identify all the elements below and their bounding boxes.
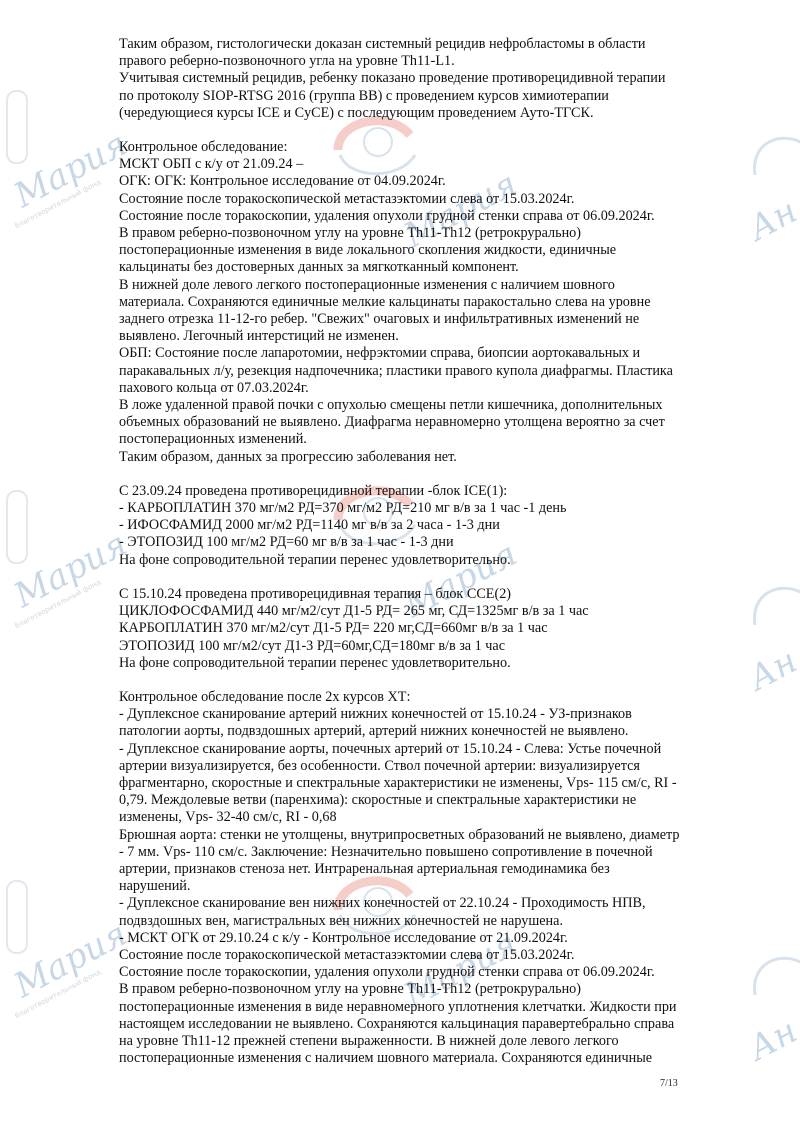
foundation-logo-icon: [745, 950, 800, 1000]
text-line: - ЭТОПОЗИД 100 мг/м2 РД=60 мг в/в за 1 ч…: [119, 534, 697, 551]
control-exam-block: Контрольное обследование:МСКТ ОБП с к/у …: [119, 139, 697, 466]
text-line: На фоне сопроводительной терапии перенес…: [119, 655, 697, 672]
text-line: С 15.10.24 проведена противорецидивная т…: [119, 586, 697, 603]
text-line: фрагментарно, скоростные и спектральные …: [119, 775, 697, 792]
text-line: (чередующиеся курсы ICE и CyCE) с послед…: [119, 105, 697, 122]
text-line: артерии, признаков стеноза нет. Интрарен…: [119, 861, 697, 878]
text-line: В нижней доле левого легкого постопераци…: [119, 277, 697, 294]
text-line: - Дуплексное сканирование вен нижних кон…: [119, 895, 697, 912]
text-line: паракавальных л/у, резекция надпочечника…: [119, 363, 697, 380]
text-line: изменены, Vps- 32-40 см/с, RI - 0,68: [119, 809, 697, 826]
control-exam-after-chemo-block: Контрольное обследование после 2х курсов…: [119, 689, 697, 1067]
text-line: постоперационные изменения с наличием шо…: [119, 1050, 697, 1067]
text-line: постоперационных изменений.: [119, 431, 697, 448]
text-line: ЭТОПОЗИД 100 мг/м2/сут Д1-3 РД=60мг,СД=1…: [119, 638, 697, 655]
text-line: 0,79. Междолевые ветви (паренхима): скор…: [119, 792, 697, 809]
text-line: объемных образований не выявлено. Диафра…: [119, 414, 697, 431]
text-line: Брюшная аорта: стенки не утолщены, внутр…: [119, 827, 697, 844]
text-line: В правом реберно-позвоночном углу на уро…: [119, 981, 697, 998]
text-line: - ИФОСФАМИД 2000 мг/м2 РД=1140 мг в/в за…: [119, 517, 697, 534]
text-line: правого реберно-позвоночного угла на уро…: [119, 53, 697, 70]
watermark-right-top: Ан: [745, 130, 800, 290]
text-line: Контрольное обследование после 2х курсов…: [119, 689, 697, 706]
text-line: На фоне сопроводительной терапии перенес…: [119, 552, 697, 569]
conclusion-block: Таким образом, гистологически доказан си…: [119, 36, 697, 122]
text-line: ОБП: Состояние после лапаротомии, нефрэк…: [119, 345, 697, 362]
text-line: КАРБОПЛАТИН 370 мг/м2/сут Д1-5 РД= 220 м…: [119, 620, 697, 637]
text-line: подвздошных вен, магистральных вен нижни…: [119, 913, 697, 930]
watermark-left-middle: Мария благотворительный фонд: [0, 490, 130, 690]
text-line: - Дуплексное сканирование артерий нижних…: [119, 706, 697, 723]
text-line: Таким образом, данных за прогрессию забо…: [119, 449, 697, 466]
text-line: Состояние после торакоскопической метаст…: [119, 191, 697, 208]
text-line: Состояние после торакоскопии, удаления о…: [119, 208, 697, 225]
text-line: - Дуплексное сканирование аорты, почечны…: [119, 741, 697, 758]
page-number: 7/13: [660, 1078, 678, 1089]
text-line: материала. Сохраняются единичные мелкие …: [119, 294, 697, 311]
text-line: С 23.09.24 проведена противорецидивной т…: [119, 483, 697, 500]
text-line: по протоколу SIOP-RTSG 2016 (группа BB) …: [119, 88, 697, 105]
text-line: Контрольное обследование:: [119, 139, 697, 156]
watermark-text: Мария: [8, 124, 134, 216]
text-line: постоперационные изменения в виде локаль…: [119, 242, 697, 259]
text-line: МСКТ ОБП с к/у от 21.09.24 –: [119, 156, 697, 173]
text-line: Состояние после торакоскопической метаст…: [119, 947, 697, 964]
text-line: выявлено. Легочный интерстиций не измене…: [119, 328, 697, 345]
watermark-right-bottom: Ан: [745, 950, 800, 1110]
cce-chemo-block: С 15.10.24 проведена противорецидивная т…: [119, 586, 697, 672]
text-line: нарушений.: [119, 878, 697, 895]
foundation-logo-icon: [745, 130, 800, 180]
text-line: В правом реберно-позвоночном углу на уро…: [119, 225, 697, 242]
document-page: Мария благотворительный фонд Мария благо…: [0, 0, 800, 1132]
text-line: - КАРБОПЛАТИН 370 мг/м2 РД=370 мг/м2 РД=…: [119, 500, 697, 517]
text-line: заднего отрезка 11-12-го ребер. "Свежих"…: [119, 311, 697, 328]
text-line: патологии аорты, подвздошных артерий, ар…: [119, 723, 697, 740]
text-line: - 7 мм. Vps- 110 см/с. Заключение: Незна…: [119, 844, 697, 861]
text-line: Таким образом, гистологически доказан си…: [119, 36, 697, 53]
ice-chemo-block: С 23.09.24 проведена противорецидивной т…: [119, 483, 697, 569]
text-line: Учитывая системный рецидив, ребенку пока…: [119, 70, 697, 87]
text-line: - МСКТ ОГК от 29.10.24 с к/у - Контрольн…: [119, 930, 697, 947]
text-line: ОГК: ОГК: Контрольное исследование от 04…: [119, 173, 697, 190]
text-line: В ложе удаленной правой почки с опухолью…: [119, 397, 697, 414]
text-line: пахового кольца от 07.03.2024г.: [119, 380, 697, 397]
watermark-left-top: Мария благотворительный фонд: [0, 90, 130, 290]
text-line: артерии визуализируется, без особенности…: [119, 758, 697, 775]
foundation-logo-icon: [745, 580, 800, 630]
document-body: Таким образом, гистологически доказан си…: [119, 36, 697, 1067]
text-line: кальцинаты без достоверных данных за мяг…: [119, 259, 697, 276]
watermark-left-bottom: Мария благотворительный фонд: [0, 880, 130, 1080]
text-line: настоящем исследовании не выявлено. Сохр…: [119, 1016, 697, 1033]
watermark-right-middle: Ан: [745, 580, 800, 740]
text-line: Состояние после торакоскопии, удаления о…: [119, 964, 697, 981]
text-line: на уровне Th11-12 прежней степени выраже…: [119, 1033, 697, 1050]
text-line: постоперационные изменения в виде неравн…: [119, 999, 697, 1016]
text-line: ЦИКЛОФОСФАМИД 440 мг/м2/сут Д1-5 РД= 265…: [119, 603, 697, 620]
